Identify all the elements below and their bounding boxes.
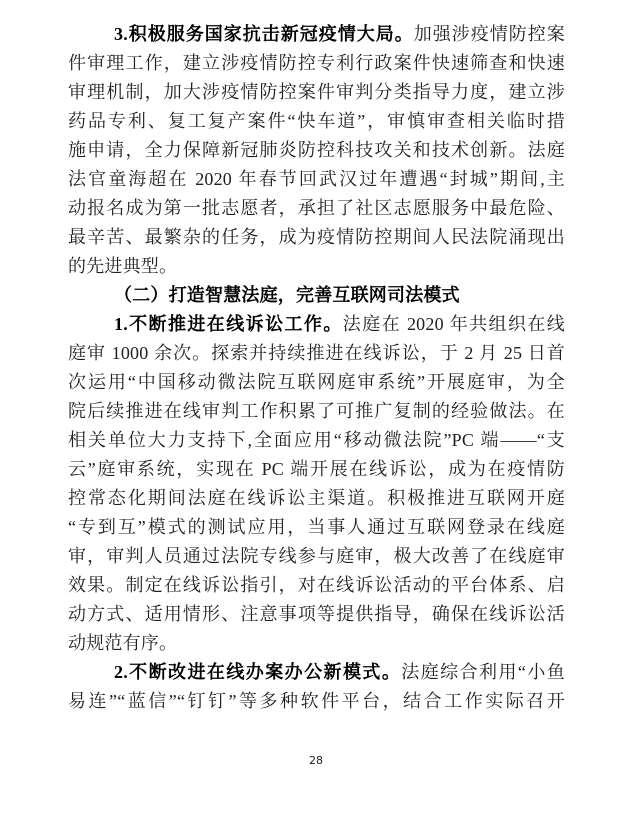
document-page: 3.积极服务国家抗击新冠疫情大局。加强涉疫情防控案件审理工作，建立涉疫情防控专利… bbox=[0, 0, 632, 830]
text-segment: 动方式、适用情形、注意事项等提供指导，确保在线诉讼活 bbox=[68, 604, 565, 624]
text-segment: 控常态化期间法庭在线诉讼主渠道。积极推进互联网开庭 bbox=[68, 488, 565, 508]
text-segment: 的先进典型。 bbox=[68, 256, 177, 276]
text-line: 的先进典型。 bbox=[68, 252, 565, 281]
text-line: 审，审判人员通过法院专线参与庭审，极大改善了在线庭审 bbox=[68, 542, 565, 571]
text-line: 审理机制，加大涉疫情防控案件审判分类指导力度，建立涉 bbox=[68, 78, 565, 107]
bold-text-segment: 1.不断推进在线诉讼工作。 bbox=[114, 314, 343, 334]
text-line: 法官童海超在 2020 年春节回武汉过年遭遇“封城”期间,主 bbox=[68, 165, 565, 194]
page-number: 28 bbox=[0, 754, 632, 767]
text-line: 云”庭审系统，实现在 PC 端开展在线诉讼，成为在疫情防 bbox=[68, 455, 565, 484]
section-heading: （二）打造智慧法庭，完善互联网司法模式 bbox=[68, 281, 565, 310]
text-segment: 法官童海超在 2020 年春节回武汉过年遭遇“封城”期间,主 bbox=[68, 169, 565, 189]
bold-text-segment: 2.不断改进在线办案办公新模式。 bbox=[114, 662, 401, 682]
text-segment: 动报名成为第一批志愿者，承担了社区志愿服务中最危险、 bbox=[68, 198, 565, 218]
text-line: “专到互”模式的测试应用，当事人通过互联网登录在线庭 bbox=[68, 513, 565, 542]
text-segment: 相关单位大力支持下,全面应用“移动微法院”PC 端——“支 bbox=[68, 430, 565, 450]
text-line: 动方式、适用情形、注意事项等提供指导，确保在线诉讼活 bbox=[68, 600, 565, 629]
text-segment: 庭审 1000 余次。探索并持续推进在线诉讼，于 2 月 25 日首 bbox=[68, 343, 565, 363]
text-line: 动报名成为第一批志愿者，承担了社区志愿服务中最危险、 bbox=[68, 194, 565, 223]
text-line: 最辛苦、最繁杂的任务，成为疫情防控期间人民法院涌现出 bbox=[68, 223, 565, 252]
text-segment: 次运用“中国移动微法院互联网庭审系统”开展庭审，为全 bbox=[68, 372, 565, 392]
text-line: 3.积极服务国家抗击新冠疫情大局。加强涉疫情防控案 bbox=[68, 20, 565, 49]
text-segment: 审理机制，加大涉疫情防控案件审判分类指导力度，建立涉 bbox=[68, 82, 565, 102]
text-segment: 审，审判人员通过法院专线参与庭审，极大改善了在线庭审 bbox=[68, 546, 565, 566]
text-line: 易连”“蓝信”“钉钉”等多种软件平台，结合工作实际召开 bbox=[68, 687, 565, 716]
text-line: 次运用“中国移动微法院互联网庭审系统”开展庭审，为全 bbox=[68, 368, 565, 397]
text-segment: 药品专利、复工复产案件“快车道”，审慎审查相关临时措 bbox=[68, 111, 565, 131]
text-segment: 法庭综合利用“小鱼 bbox=[401, 662, 565, 682]
text-line: 2.不断改进在线办案办公新模式。法庭综合利用“小鱼 bbox=[68, 658, 565, 687]
text-segment: 云”庭审系统，实现在 PC 端开展在线诉讼，成为在疫情防 bbox=[68, 459, 565, 479]
document-body: 3.积极服务国家抗击新冠疫情大局。加强涉疫情防控案件审理工作，建立涉疫情防控专利… bbox=[68, 20, 565, 716]
text-segment: 法庭在 2020 年共组织在线 bbox=[343, 314, 565, 334]
text-line: 件审理工作，建立涉疫情防控专利行政案件快速筛查和快速 bbox=[68, 49, 565, 78]
text-segment: 易连”“蓝信”“钉钉”等多种软件平台，结合工作实际召开 bbox=[68, 691, 565, 711]
text-line: 1.不断推进在线诉讼工作。法庭在 2020 年共组织在线 bbox=[68, 310, 565, 339]
text-segment: 效果。制定在线诉讼指引，对在线诉讼活动的平台体系、启 bbox=[68, 575, 565, 595]
text-line: 动规范有序。 bbox=[68, 629, 565, 658]
text-line: 控常态化期间法庭在线诉讼主渠道。积极推进互联网开庭 bbox=[68, 484, 565, 513]
text-segment: 件审理工作，建立涉疫情防控专利行政案件快速筛查和快速 bbox=[68, 53, 565, 73]
text-segment: 最辛苦、最繁杂的任务，成为疫情防控期间人民法院涌现出 bbox=[68, 227, 565, 247]
text-segment: 施申请，全力保障新冠肺炎防控科技攻关和技术创新。法庭 bbox=[68, 140, 565, 160]
bold-text-segment: （二）打造智慧法庭，完善互联网司法模式 bbox=[114, 285, 460, 305]
text-line: 药品专利、复工复产案件“快车道”，审慎审查相关临时措 bbox=[68, 107, 565, 136]
text-line: 效果。制定在线诉讼指引，对在线诉讼活动的平台体系、启 bbox=[68, 571, 565, 600]
bold-text-segment: 3.积极服务国家抗击新冠疫情大局。 bbox=[114, 24, 414, 44]
text-segment: 加强涉疫情防控案 bbox=[414, 24, 565, 44]
text-segment: 动规范有序。 bbox=[68, 633, 177, 653]
text-segment: 院后续推进在线审判工作积累了可推广复制的经验做法。在 bbox=[68, 401, 565, 421]
text-line: 庭审 1000 余次。探索并持续推进在线诉讼，于 2 月 25 日首 bbox=[68, 339, 565, 368]
text-line: 院后续推进在线审判工作积累了可推广复制的经验做法。在 bbox=[68, 397, 565, 426]
text-line: 施申请，全力保障新冠肺炎防控科技攻关和技术创新。法庭 bbox=[68, 136, 565, 165]
text-segment: “专到互”模式的测试应用，当事人通过互联网登录在线庭 bbox=[68, 517, 565, 537]
text-line: 相关单位大力支持下,全面应用“移动微法院”PC 端——“支 bbox=[68, 426, 565, 455]
